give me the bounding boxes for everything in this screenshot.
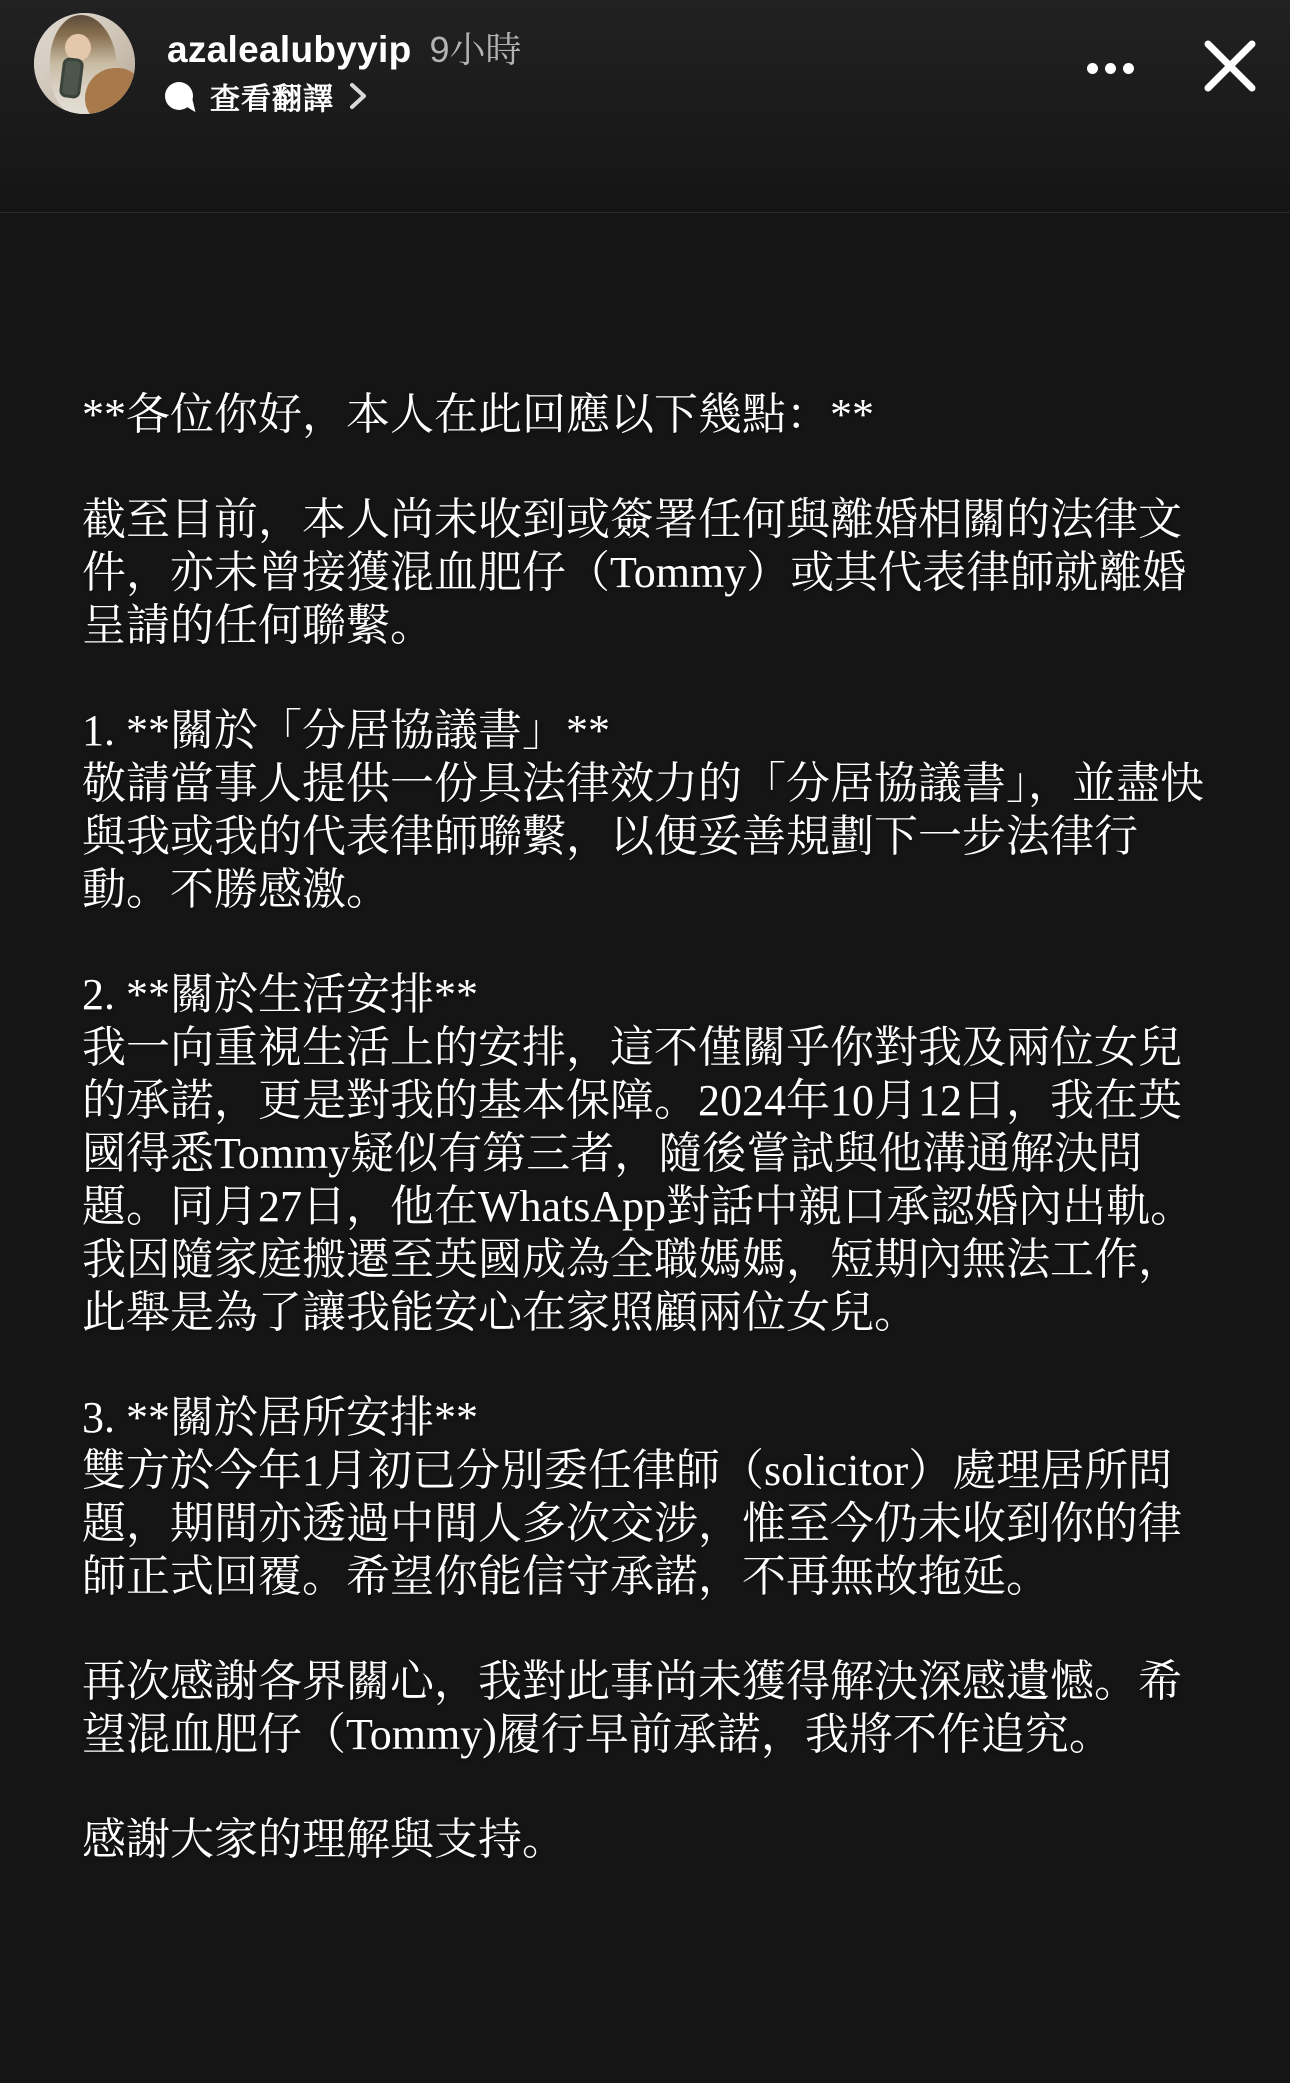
see-translation-label: 查看翻譯 (210, 74, 334, 118)
more-options-button[interactable] (1072, 44, 1148, 92)
story-paragraph: 1. **關於「分居協議書」** 敬請當事人提供一份具法律效力的「分居協議書」，… (82, 704, 1212, 916)
see-translation-button[interactable]: 查看翻譯 (165, 74, 368, 118)
close-icon (1197, 33, 1263, 99)
story-header: azalealubyyip 9小時 查看翻譯 (0, 0, 1290, 150)
username[interactable]: azalealubyyip (167, 29, 412, 71)
name-row: azalealubyyip 9小時 (167, 22, 522, 73)
more-options-icon (1083, 63, 1137, 74)
story-canvas[interactable]: azalealubyyip 9小時 查看翻譯 **各位你好，本人在此回應以下幾點… (0, 0, 1290, 2083)
speech-bubble-icon (165, 82, 193, 110)
story-paragraph: 感謝大家的理解與支持。 (82, 1813, 1212, 1866)
story-paragraph: 再次感謝各界關心，我對此事尚未獲得解決深感遺憾。希望混血肥仔（Tommy)履行早… (82, 1655, 1212, 1761)
story-paragraph: 2. **關於生活安排** 我一向重視生活上的安排，這不僅關乎你對我及兩位女兒的… (82, 968, 1212, 1339)
story-timestamp: 9小時 (430, 22, 522, 73)
story-paragraph: 3. **關於居所安排** 雙方於今年1月初已分別委任律師（solicitor）… (82, 1391, 1212, 1603)
close-story-button[interactable] (1192, 28, 1268, 104)
story-paragraph: 截至目前，本人尚未收到或簽署任何與離婚相關的法律文件，亦未曾接獲混血肥仔（Tom… (82, 493, 1212, 652)
avatar[interactable] (34, 13, 135, 114)
chevron-right-icon (348, 80, 368, 112)
story-text-block: **各位你好，本人在此回應以下幾點：** 截至目前，本人尚未收到或簽署任何與離婚… (82, 388, 1212, 1918)
story-paragraph: **各位你好，本人在此回應以下幾點：** (82, 388, 1212, 441)
